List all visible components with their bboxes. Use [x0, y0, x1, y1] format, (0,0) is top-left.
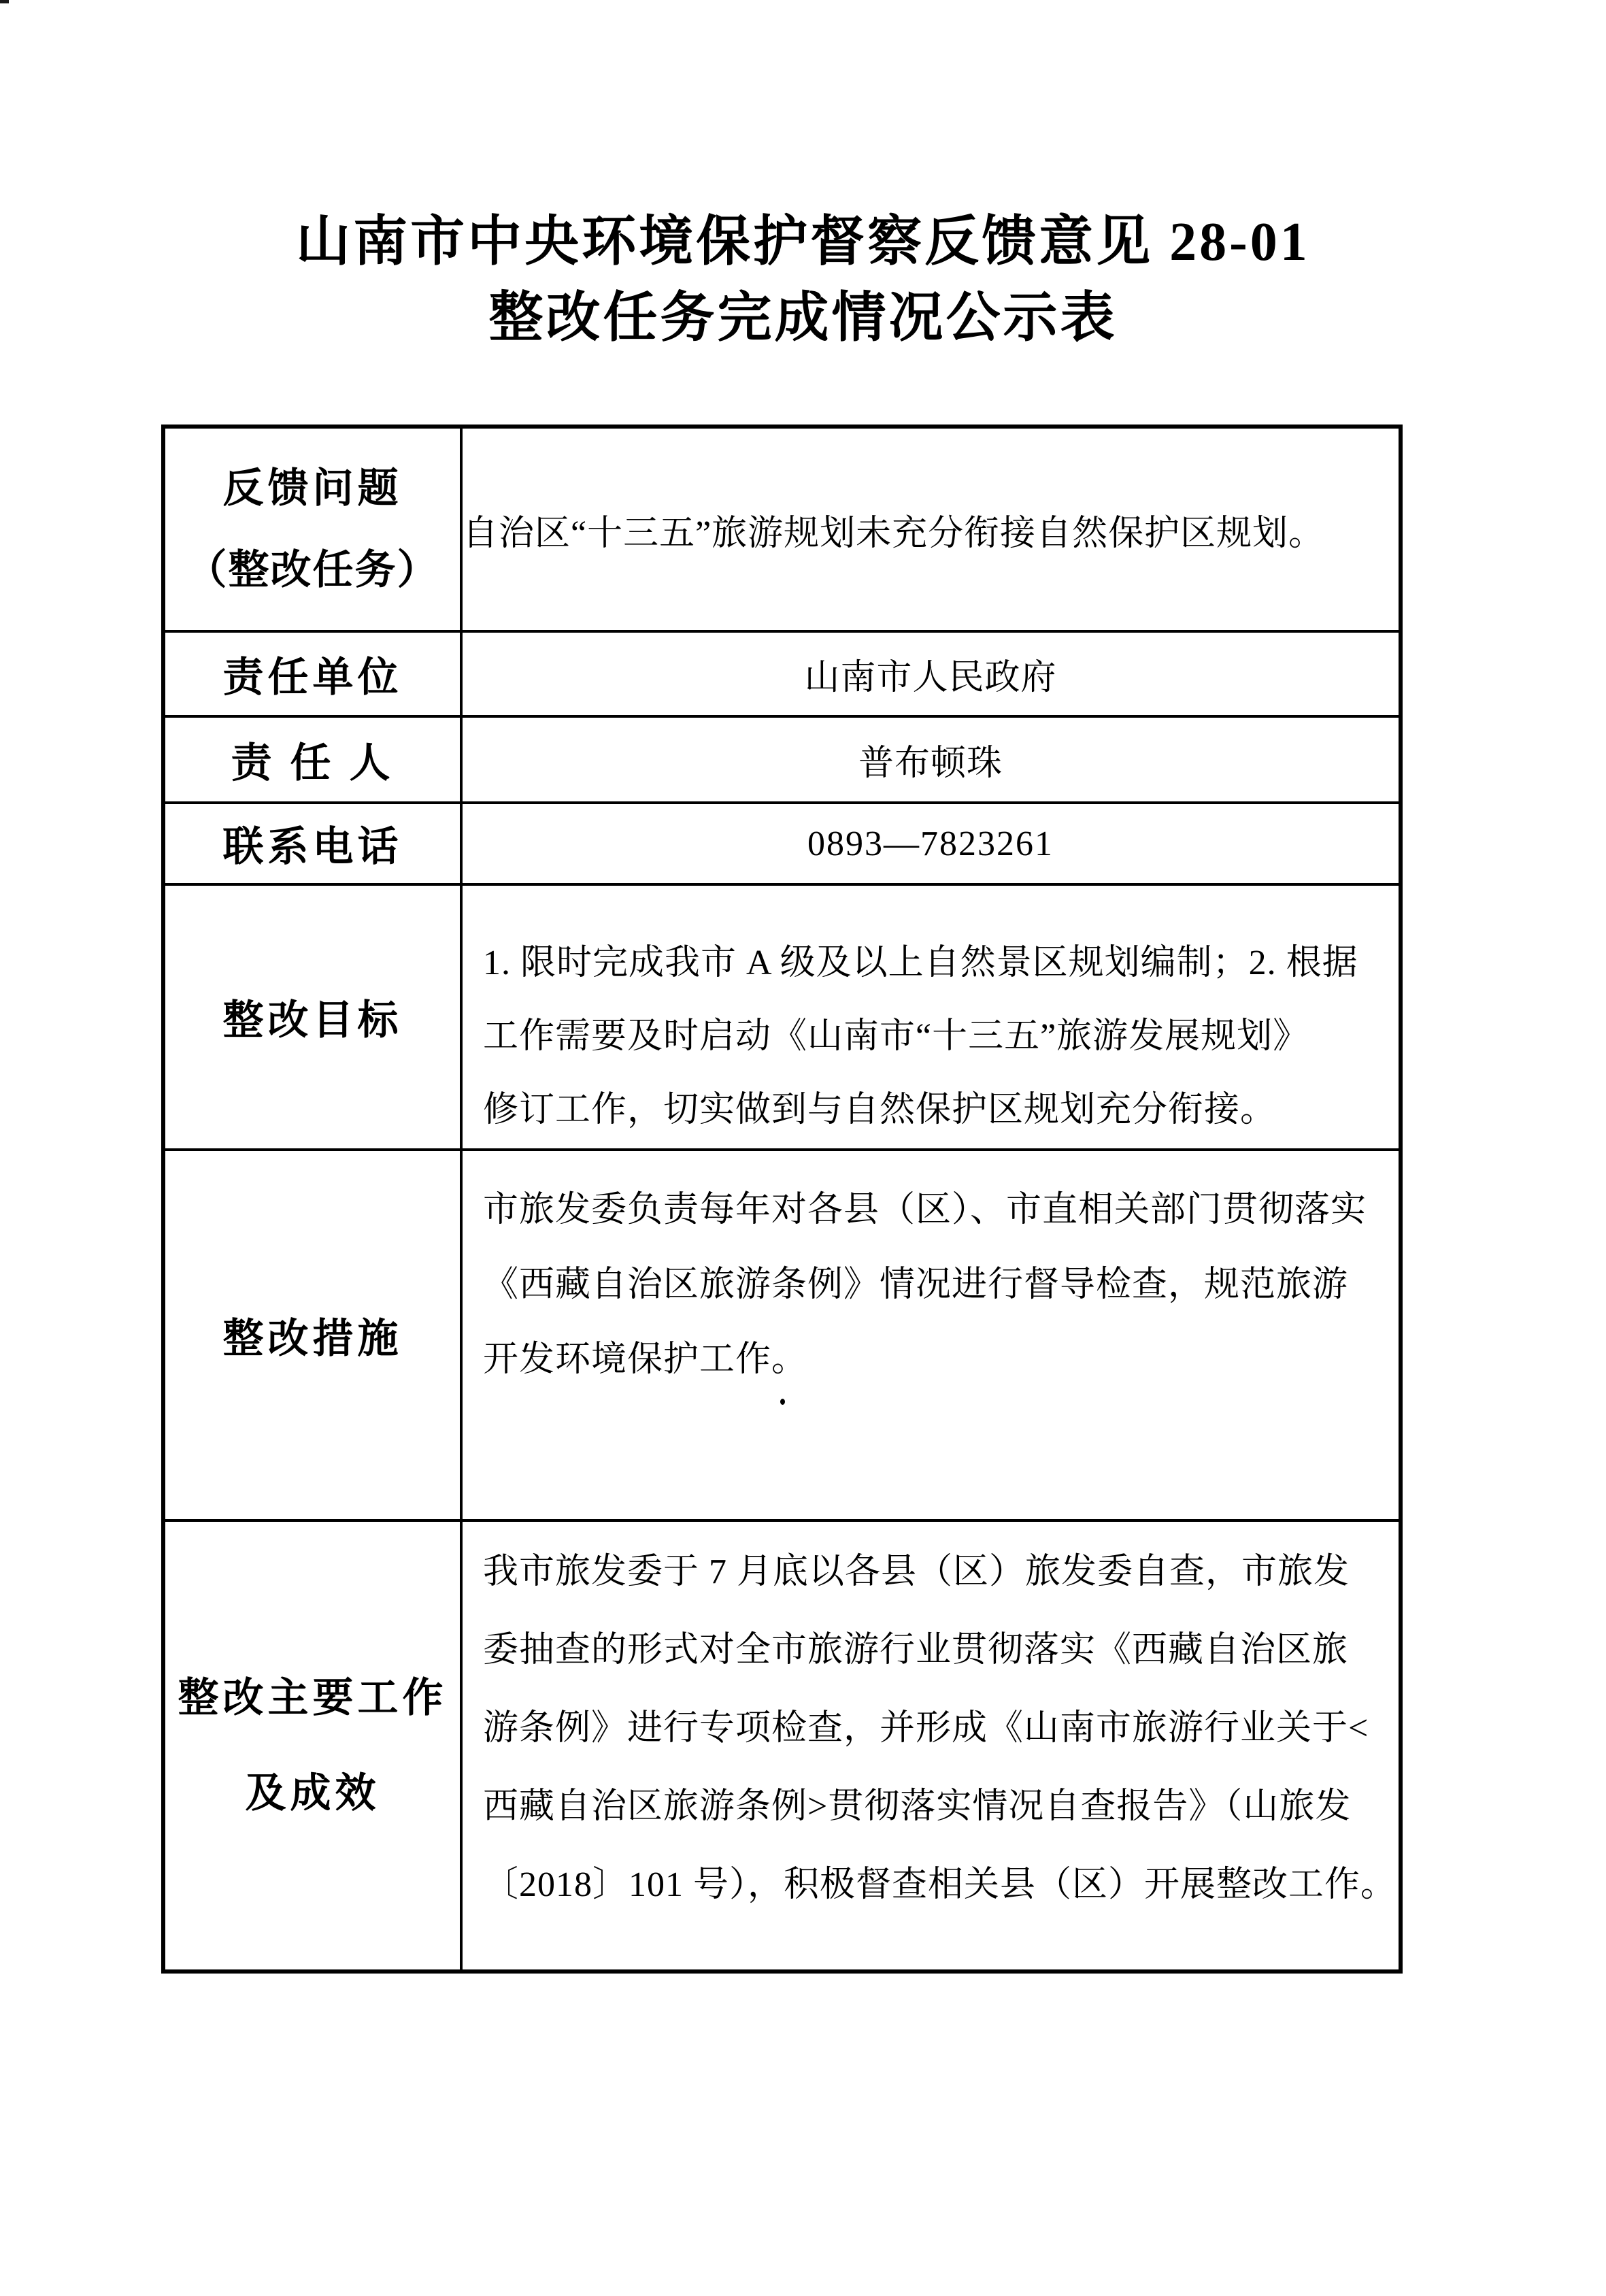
table-row-feedback-issue: 反馈问题 （整改任务） 自治区“十三五”旅游规划未充分衔接自然保护区规划。: [163, 427, 1401, 631]
row-label-line1: 整改主要工作: [165, 1650, 460, 1746]
feedback-issue-value: 自治区“十三五”旅游规划未充分衔接自然保护区规划。: [461, 427, 1401, 631]
row-label-line1: 反馈问题: [165, 448, 460, 529]
table-row-responsible-unit: 责任单位 山南市人民政府: [163, 631, 1401, 716]
table-row-main-work-results: 整改主要工作 及成效 我市旅发委于 7 月底以各县（区）旅发委自查，市旅发 委抽…: [163, 1520, 1401, 1971]
text-line: 西藏自治区旅游条例>贯彻落实情况自查报告》（山旅发: [483, 1767, 1385, 1846]
rectification-goal-value: 1. 限时完成我市 A 级及以上自然景区规划编制；2. 根据 工作需要及时启动《…: [461, 884, 1401, 1150]
document-title-line1: 山南市中央环境保护督察反馈意见 28-01: [0, 204, 1606, 280]
document-title: 山南市中央环境保护督察反馈意见 28-01 整改任务完成情况公示表: [0, 204, 1606, 356]
text-line: 《西藏自治区旅游条例》情况进行督导检查，规范旅游: [483, 1248, 1385, 1322]
scan-artifact-dot: [780, 1399, 785, 1405]
text-line: 工作需要及时启动《山南市“十三五”旅游发展规划》: [483, 1000, 1385, 1074]
row-label-responsible-unit: 责任单位: [163, 631, 461, 716]
row-label-line2: （整改任务）: [165, 529, 460, 611]
document-title-line2: 整改任务完成情况公示表: [0, 280, 1606, 356]
contact-phone-value: 0893—7823261: [461, 803, 1401, 884]
table-row-rectification-goal: 整改目标 1. 限时完成我市 A 级及以上自然景区规划编制；2. 根据 工作需要…: [163, 884, 1401, 1150]
responsible-person-value: 普布顿珠: [461, 716, 1401, 803]
text-line: 开发环境保护工作。: [483, 1322, 1385, 1397]
text-line: 市旅发委负责每年对各县（区）、市直相关部门贯彻落实: [483, 1173, 1385, 1248]
responsible-unit-value: 山南市人民政府: [461, 631, 1401, 716]
row-label-rectification-goal: 整改目标: [163, 884, 461, 1150]
rectification-measures-lines: 市旅发委负责每年对各县（区）、市直相关部门贯彻落实 《西藏自治区旅游条例》情况进…: [463, 1151, 1399, 1397]
text-line: 游条例》进行专项检查，并形成《山南市旅游行业关于<: [483, 1689, 1385, 1767]
rectification-measures-value: 市旅发委负责每年对各县（区）、市直相关部门贯彻落实 《西藏自治区旅游条例》情况进…: [461, 1150, 1401, 1520]
table-row-contact-phone: 联系电话 0893—7823261: [163, 803, 1401, 884]
text-line: 1. 限时完成我市 A 级及以上自然景区规划编制；2. 根据: [483, 927, 1385, 1000]
main-work-results-value: 我市旅发委于 7 月底以各县（区）旅发委自查，市旅发 委抽查的形式对全市旅游行业…: [461, 1520, 1401, 1971]
text-line: 〔2018〕101 号），积极督查相关县（区）开展整改工作。: [483, 1846, 1385, 1924]
scan-artifact-corner: [0, 0, 9, 3]
row-label-line2: 及成效: [165, 1746, 460, 1841]
row-label-contact-phone: 联系电话: [163, 803, 461, 884]
text-line: 委抽查的形式对全市旅游行业贯彻落实《西藏自治区旅: [483, 1611, 1385, 1689]
text-line: 修订工作，切实做到与自然保护区规划充分衔接。: [483, 1074, 1385, 1147]
scanned-document-page: 山南市中央环境保护督察反馈意见 28-01 整改任务完成情况公示表 反馈问题 （…: [0, 0, 1606, 2296]
rectification-goal-lines: 1. 限时完成我市 A 级及以上自然景区规划编制；2. 根据 工作需要及时启动《…: [463, 886, 1399, 1147]
text-line: 我市旅发委于 7 月底以各县（区）旅发委自查，市旅发: [483, 1533, 1385, 1611]
row-label-main-work-results: 整改主要工作 及成效: [163, 1520, 461, 1971]
table-row-rectification-measures: 整改措施 市旅发委负责每年对各县（区）、市直相关部门贯彻落实 《西藏自治区旅游条…: [163, 1150, 1401, 1520]
row-label-feedback-issue: 反馈问题 （整改任务）: [163, 427, 461, 631]
main-work-results-lines: 我市旅发委于 7 月底以各县（区）旅发委自查，市旅发 委抽查的形式对全市旅游行业…: [463, 1522, 1399, 1924]
row-label-rectification-measures: 整改措施: [163, 1150, 461, 1520]
table-row-responsible-person: 责 任 人 普布顿珠: [163, 716, 1401, 803]
row-label-responsible-person: 责 任 人: [163, 716, 461, 803]
rectification-table: 反馈问题 （整改任务） 自治区“十三五”旅游规划未充分衔接自然保护区规划。 责任…: [161, 425, 1403, 1974]
